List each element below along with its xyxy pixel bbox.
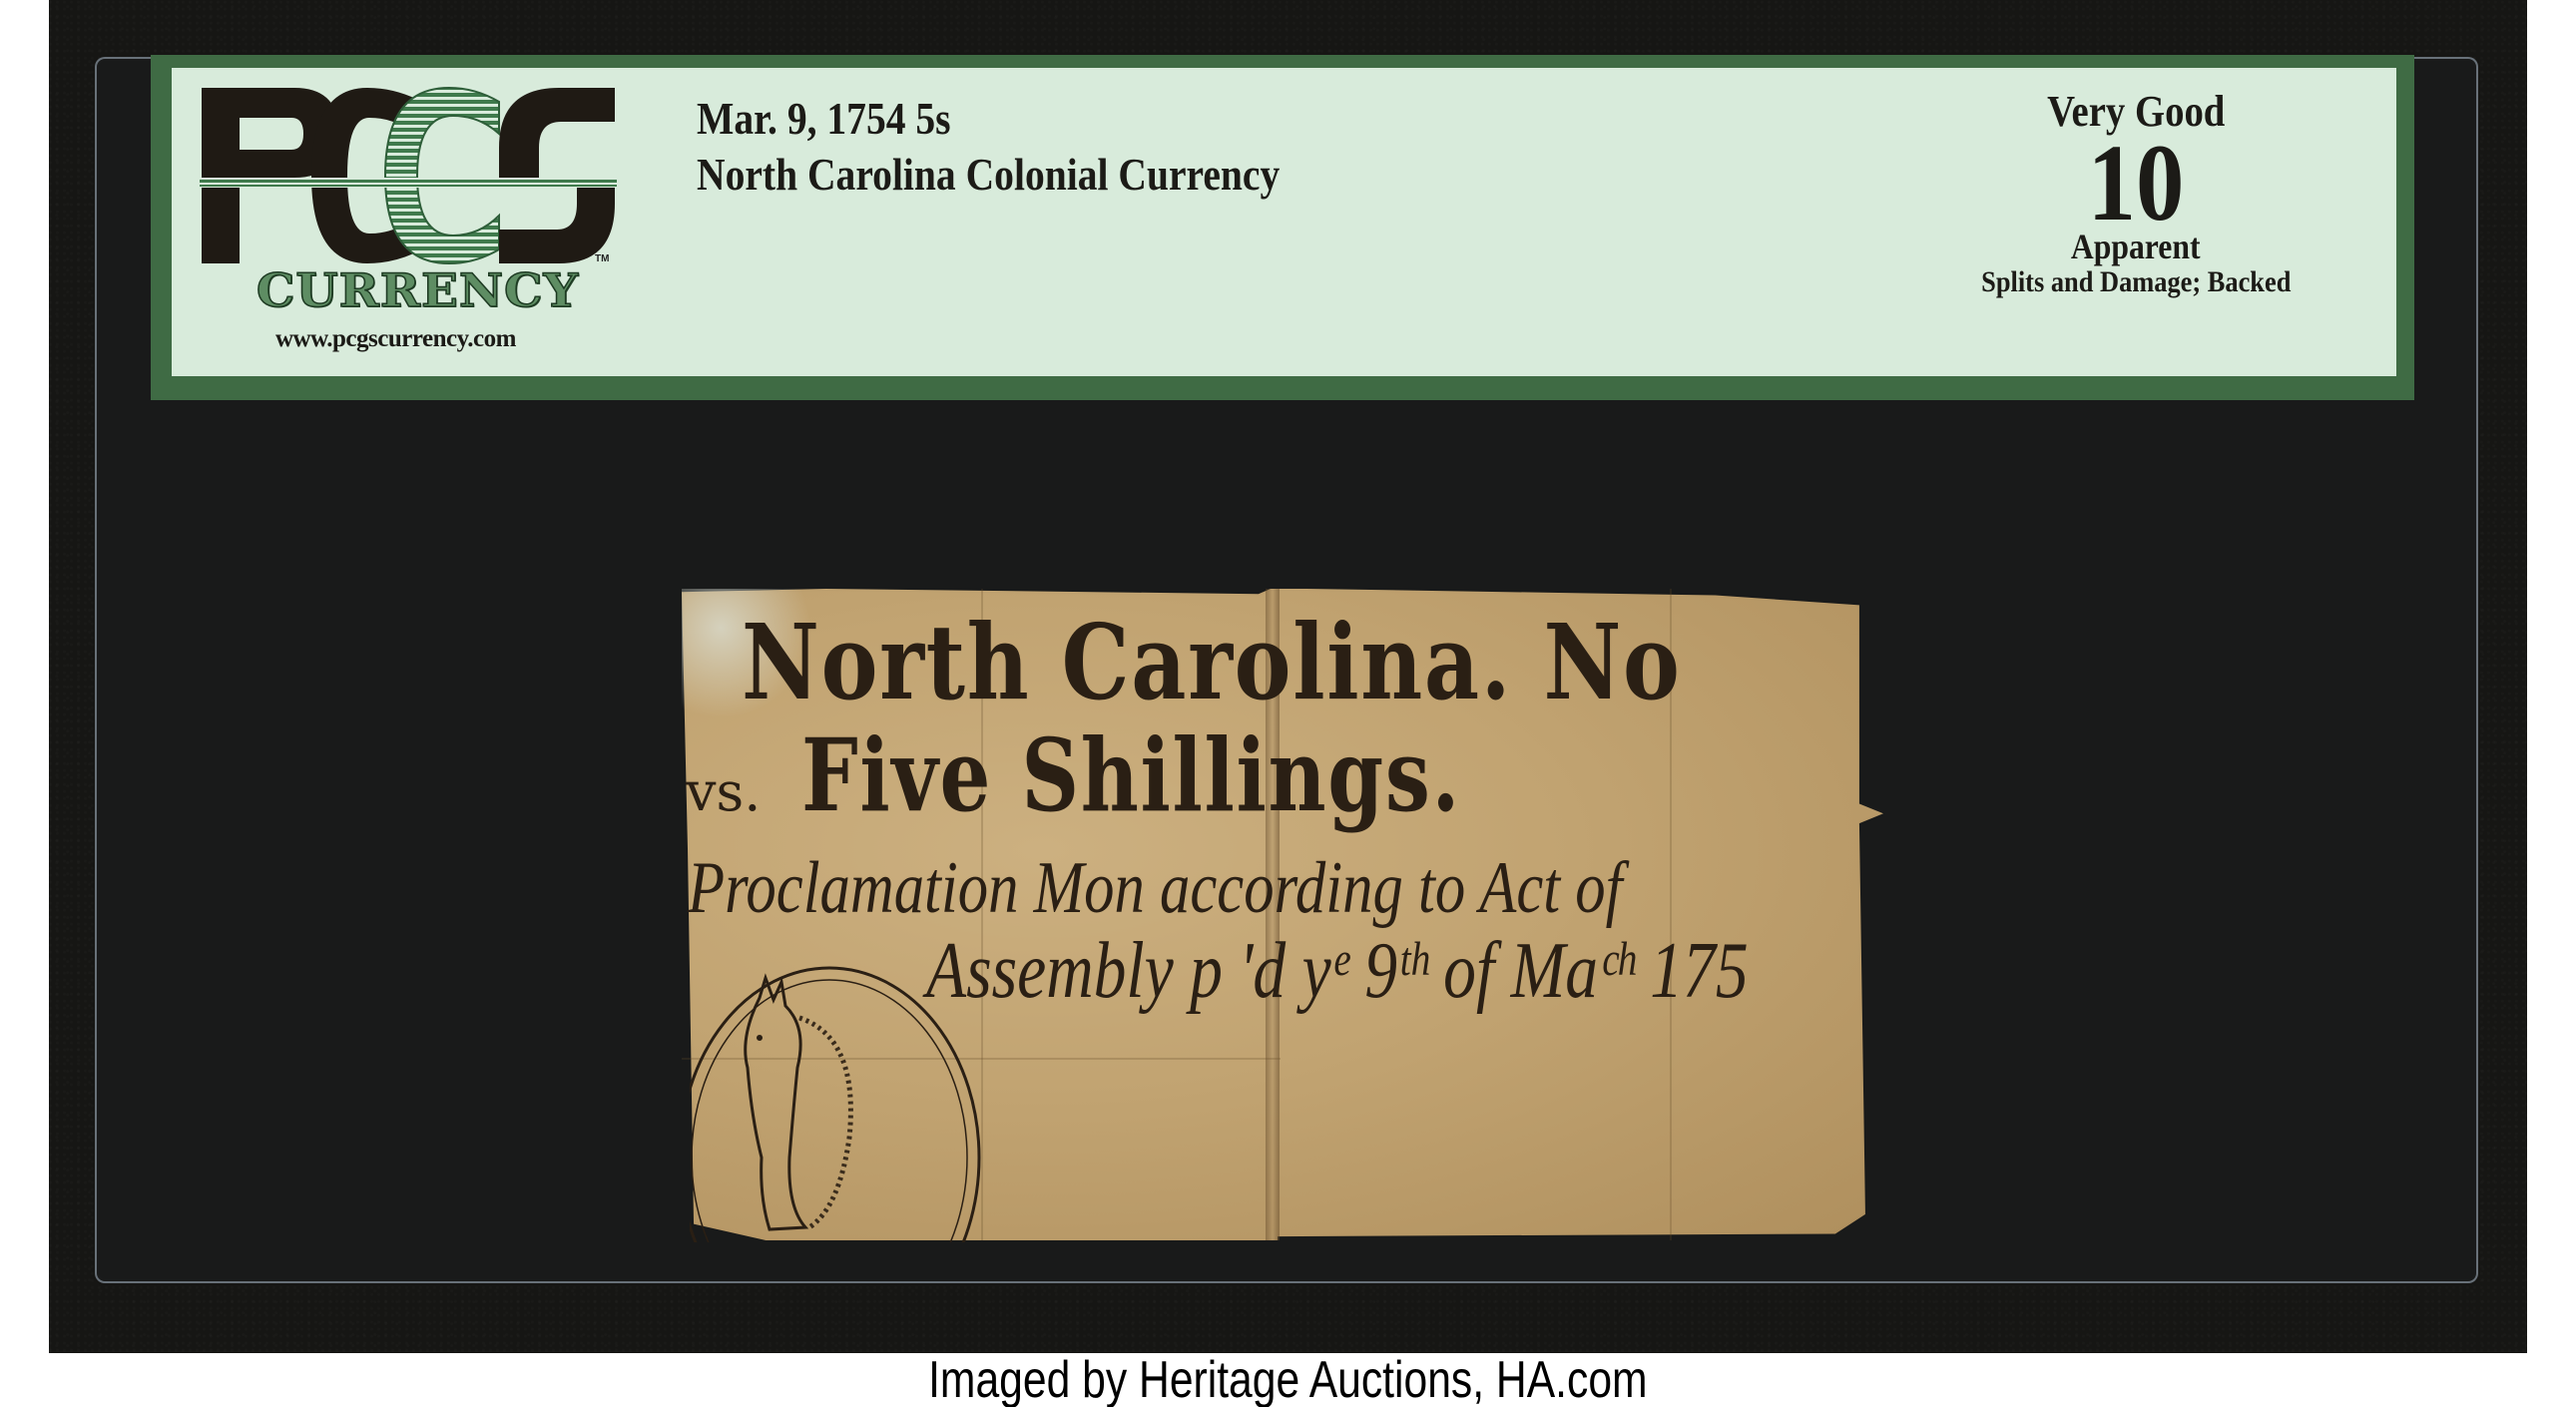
grade-qualifier-text: Apparent [2071, 226, 2201, 267]
note-denomination: Five Shillings. [801, 716, 1461, 834]
note-series-title: North Carolina Colonial Currency [697, 148, 1280, 201]
grade-number-text: 10 [2088, 128, 2185, 237]
grade-number: 10 [1936, 128, 2335, 237]
note-text-line4: Assembly p 'd yᵉ 9ᵗʰ of Maᶜʰ 175 [926, 926, 1749, 1017]
website-url[interactable]: www.pcgscurrency.com [275, 325, 516, 353]
currency-wordmark: CURRENCY [198, 267, 638, 313]
grade-qualifier: Apparent [1936, 226, 2335, 267]
note-heading: North Carolina. No [742, 601, 1682, 723]
squirrel-vignette-icon [690, 958, 999, 1242]
note-date-denomination: Mar. 9, 1754 5s [697, 92, 951, 145]
grade-comments-text: Splits and Damage; Backed [1981, 265, 2291, 299]
trademark-mark: TM [595, 253, 609, 264]
pcgs-logo-icon [200, 86, 617, 265]
banknote: North Carolina. No vs. Five Shillings. P… [682, 589, 1883, 1240]
grade-comments: Splits and Damage; Backed [1936, 265, 2335, 299]
image-credit-caption: Imaged by Heritage Auctions, HA.com [0, 1353, 2576, 1407]
image-credit-text: Imaged by Heritage Auctions, HA.com [928, 1353, 1647, 1407]
note-serial-prefix: vs. [686, 760, 761, 823]
note-text-line3: Proclamation Mon according to Act of [688, 846, 1622, 931]
